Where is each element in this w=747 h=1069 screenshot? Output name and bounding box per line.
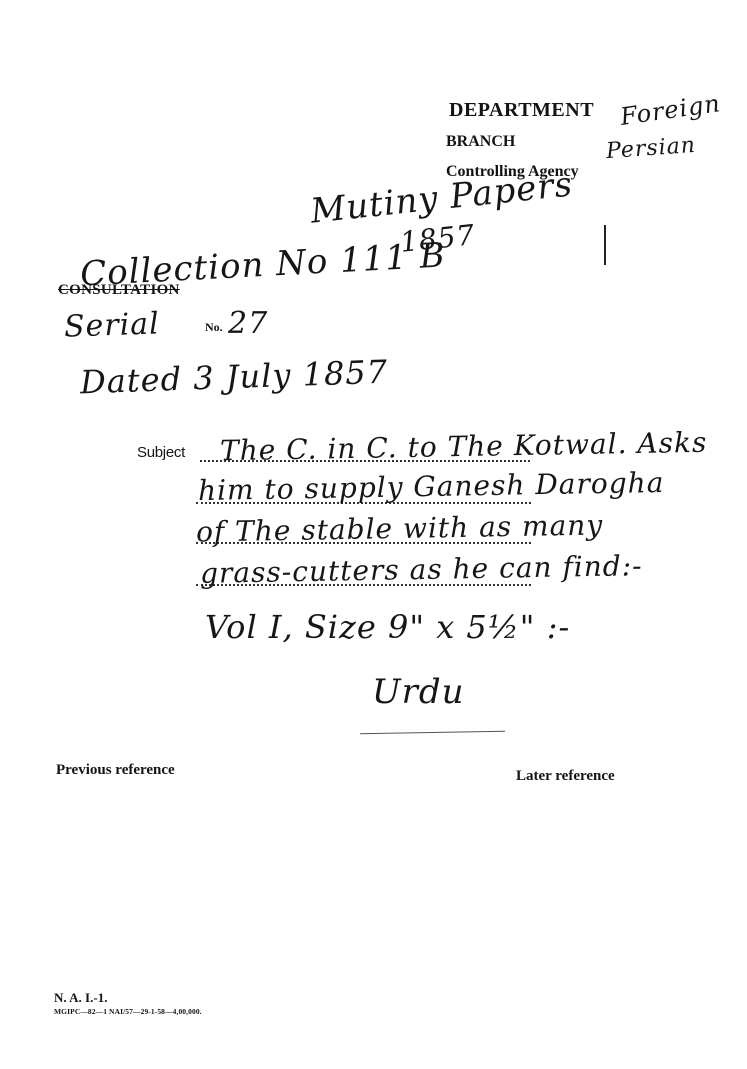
form-number: N. A. I.-1. (54, 990, 107, 1006)
printer-imprint: MGIPC—82—1 NAI/57—29-1-58—4,00,000. (54, 1007, 202, 1016)
subject-line-4: grass-cutters as he can find:- (200, 549, 643, 590)
department-value-handwritten: Foreign (619, 89, 723, 131)
consultation-label-struck: CONSULTATION (58, 282, 180, 299)
subject-line-1: The C. in C. to The Kotwal. Asks (220, 426, 708, 468)
number-label: No. (205, 320, 223, 335)
serial-word-handwritten: Serial (63, 306, 160, 344)
subject-label: Subject (137, 444, 185, 461)
volume-size-handwritten: Vol I, Size 9" x 5½" :- (205, 608, 570, 646)
previous-reference-label: Previous reference (56, 762, 175, 779)
subject-line-3: of The stable with as many (196, 508, 604, 548)
language-handwritten: Urdu (372, 672, 465, 712)
language-underline (360, 731, 505, 735)
branch-label: BRANCH (446, 133, 515, 151)
vertical-mark (604, 225, 606, 265)
later-reference-label: Later reference (516, 768, 615, 785)
serial-number-handwritten: 27 (228, 306, 268, 341)
subject-line-2: him to supply Ganesh Darogha (198, 466, 665, 507)
dated-handwritten: Dated 3 July 1857 (79, 353, 388, 402)
branch-value-handwritten: Persian (605, 133, 696, 164)
department-label: DEPARTMENT (449, 99, 594, 122)
